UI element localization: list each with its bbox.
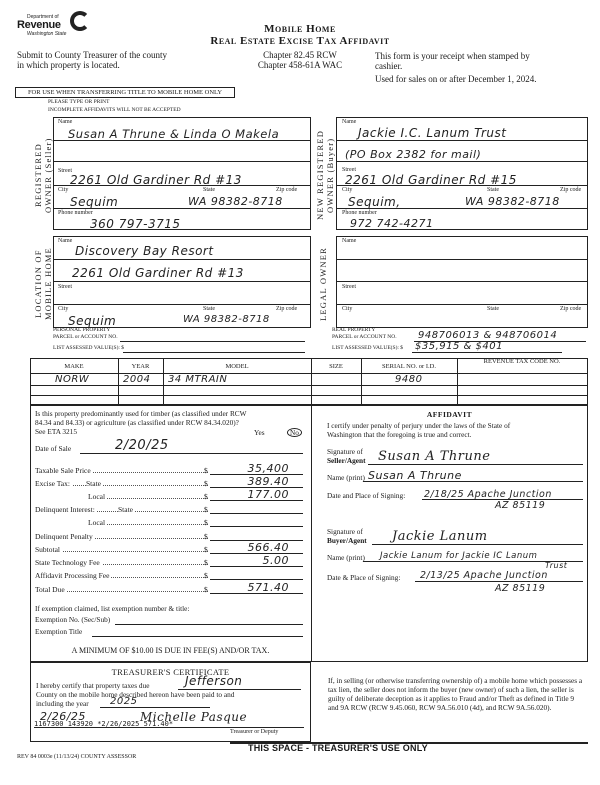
dollar-sign: $	[204, 466, 208, 475]
use-banner-text: FOR USE WHEN TRANSFERRING TITLE TO MOBIL…	[16, 88, 234, 97]
timber-question-2: 84.34 and 84.33) or agriculture (as clas…	[35, 418, 239, 427]
dollar-sign: $	[204, 492, 208, 501]
buyer-state-zip-field[interactable]: WA 98382-8718	[465, 195, 560, 208]
submit-text-2: in which property is located.	[17, 60, 120, 70]
minimum-note: A MINIMUM OF $10.00 IS DUE IN FEE(S) AND…	[30, 646, 311, 655]
fee-label: State Technology Fee	[35, 558, 102, 567]
submit-text-1: Submit to County Treasurer of the county	[17, 50, 167, 60]
exemption-no-label: Exemption No. (Sec/Sub)	[35, 615, 110, 624]
fee-row: Delinquent Penalty$	[33, 530, 303, 541]
exemption-no-field[interactable]	[115, 624, 303, 625]
fee-leader-dots	[63, 485, 208, 486]
fee-label: Excise Tax:	[35, 479, 72, 488]
fee-label: Affidavit Processing Fee	[35, 571, 111, 580]
treasurer-cert-title: TREASURER'S CERTIFICATE	[30, 667, 311, 677]
legal-state-label: State	[487, 306, 499, 312]
timber-question-3: See ETA 3215	[35, 427, 77, 436]
seller-sig-label-1: Signature of	[327, 447, 363, 456]
receipt-text-2: cashier.	[375, 61, 402, 71]
legal-name-label: Name	[342, 238, 356, 244]
treasurer-line-3: including the year	[36, 699, 89, 708]
buyer-print-name-2[interactable]: Trust	[545, 561, 567, 570]
buyer-city-field[interactable]: Sequim,	[348, 195, 401, 209]
seller-state-zip-field[interactable]: WA 98382-8718	[188, 195, 283, 208]
fee-leader-dots	[63, 551, 208, 552]
legal-city-label: City	[342, 306, 352, 312]
seller-side-label-1: REGISTERED	[33, 143, 43, 207]
buyer-print-name[interactable]: Jackie Lanum for Jackie IC Lanum	[380, 551, 537, 561]
location-side-label-1: LOCATION OF	[33, 250, 43, 319]
location-name-line2-field[interactable]: 2261 Old Gardiner Rd #13	[72, 266, 244, 280]
buyer-name-line2-field[interactable]: (PO Box 2382 for mail)	[345, 148, 481, 161]
legal-owner-side-label: LEGAL OWNER	[318, 240, 334, 328]
dor-logo: Department of Revenue Washington State	[17, 14, 87, 40]
receipt-text-1: This form is your receipt when stamped b…	[375, 51, 530, 61]
fee-row: Delinquent Interest:State$	[33, 503, 303, 514]
timber-question-1: Is this property predominantly used for …	[35, 409, 247, 418]
type-print-note: PLEASE TYPE OR PRINT	[48, 99, 109, 105]
location-street-label: Street	[58, 284, 72, 290]
buyer-city-label: City	[342, 187, 352, 193]
fee-sublabel: State	[118, 505, 135, 514]
rp-label-2: PARCEL or ACCOUNT NO.	[332, 334, 397, 340]
seller-state-label: State	[203, 187, 215, 193]
seller-city-field[interactable]: Sequim	[70, 195, 118, 209]
buyer-sig-label-1: Signature of	[327, 527, 363, 536]
exemption-title-field[interactable]	[92, 636, 303, 637]
logo-revenue-text: Revenue	[17, 19, 61, 31]
fee-field-line[interactable]	[210, 526, 303, 527]
timber-no-option[interactable]: No	[287, 428, 302, 437]
fee-label: Delinquent Interest:	[35, 505, 97, 514]
fee-field-line[interactable]	[210, 513, 303, 514]
col-revenue-code: REVENUE TAX CODE NO.	[462, 358, 582, 365]
receipt-text-3: Used for sales on or after December 1, 2…	[375, 74, 536, 84]
cell-make[interactable]: NORW	[55, 374, 89, 385]
incomplete-note: INCOMPLETE AFFIDAVITS WILL NOT BE ACCEPT…	[48, 107, 181, 113]
seller-print-name[interactable]: Susan A Thrune	[368, 469, 462, 482]
use-banner: FOR USE WHEN TRANSFERRING TITLE TO MOBIL…	[15, 87, 235, 98]
location-state-label: State	[203, 306, 215, 312]
rp-parcel-field[interactable]: 948706013 & 948706014	[418, 330, 557, 341]
fee-sublabel: State	[86, 479, 103, 488]
fee-label: Subtotal	[35, 545, 62, 554]
buyer-sig-label-2: Buyer/Agent	[327, 536, 367, 545]
treasurer-line-1: I hereby certify that property taxes due	[36, 681, 149, 690]
fee-value[interactable]: 389.40	[248, 475, 290, 488]
rp-label-1: REAL PROPERTY	[332, 327, 375, 333]
buyer-name-label: Name	[342, 119, 356, 125]
fee-value[interactable]: 177.00	[248, 488, 290, 501]
dollar-sign: $	[204, 585, 208, 594]
form-title-line1: Mobile Home	[200, 23, 400, 35]
affidavit-certify-1: I certify under penalty of perjury under…	[327, 421, 510, 430]
form-footer: REV 84 0003e (11/13/24) COUNTY ASSESSOR	[17, 754, 136, 760]
cell-year[interactable]: 2004	[123, 374, 150, 385]
dollar-sign: $	[204, 545, 208, 554]
col-year: YEAR	[118, 363, 163, 370]
buyer-zip-label: Zip code	[560, 187, 581, 193]
fee-sublabel: Local	[88, 518, 107, 527]
buyer-date-place[interactable]: 2/13/25 Apache Junction	[420, 570, 548, 581]
col-serial: SERIAL NO. or I.D.	[361, 363, 457, 370]
fee-value[interactable]: 35,400	[248, 462, 290, 475]
dollar-sign: $	[204, 505, 208, 514]
fee-value[interactable]: 566.40	[248, 541, 290, 554]
location-assessed-label: LIST ASSESSED VALUE(S): $	[53, 345, 124, 351]
buyer-date-label: Date & Place of Signing:	[327, 573, 400, 582]
treasurer-deputy-label: Treasurer or Deputy	[230, 729, 278, 735]
lien-warning: If, in selling (or otherwise transferrin…	[328, 676, 586, 712]
rp-assessed-field[interactable]: $35,915 & $401	[415, 341, 503, 352]
fee-row: Excise Tax:State$389.40	[33, 477, 303, 488]
seller-date-label: Date and Place of Signing:	[327, 491, 405, 500]
fee-row: State Technology Fee$5.00	[33, 556, 303, 567]
seller-print-label: Name (print)	[327, 473, 365, 482]
fee-field-line[interactable]	[210, 566, 303, 567]
fee-row: Taxable Sale Price$35,400	[33, 464, 303, 475]
dollar-sign: $	[204, 532, 208, 541]
treasurer-year-field[interactable]: 2025	[110, 696, 137, 707]
location-city-field[interactable]: Sequim	[68, 314, 116, 328]
seller-phone-label: Phone number	[58, 210, 93, 216]
seller-sig-label-2: Seller/Agent	[327, 456, 366, 465]
buyer-phone-label: Phone number	[342, 210, 377, 216]
buyer-signature[interactable]: Jackie Lanum	[392, 529, 488, 544]
dollar-sign: $	[204, 571, 208, 580]
fee-label: Total Due	[35, 585, 67, 594]
legal-assessed-label: LIST ASSESSED VALUE(S): $	[332, 345, 403, 351]
chapter-rcw: Chapter 82.45 RCW	[200, 50, 400, 60]
dollar-sign: $	[204, 479, 208, 488]
fee-value[interactable]: 5.00	[263, 554, 290, 567]
fee-sublabel: Local	[88, 492, 107, 501]
seller-signature[interactable]: Susan A Thrune	[378, 449, 490, 464]
fee-row: Subtotal$566.40	[33, 543, 303, 554]
location-side-label: LOCATION OF MOBILE HOME	[33, 238, 55, 330]
timber-yes-option[interactable]: Yes	[254, 428, 265, 437]
exemption-title-label: Exemption Title	[35, 627, 82, 636]
pp-label-1: PERSONAL PROPERTY	[53, 327, 110, 333]
buyer-side-label: NEW REGISTERED OWNER (Buyer)	[315, 120, 337, 230]
seller-side-label: REGISTERED OWNER (Seller)	[33, 120, 55, 230]
buyer-place-2[interactable]: AZ 85119	[495, 583, 545, 594]
buyer-side-label-2: OWNER (Buyer)	[325, 137, 335, 212]
buyer-street-field[interactable]: 2261 Old Gardiner Rd #15	[345, 173, 517, 187]
logo-state-text: Washington State	[27, 31, 66, 37]
fee-value[interactable]: 571.40	[248, 581, 290, 594]
seller-phone-field[interactable]: 360 797-3715	[90, 217, 181, 231]
location-city-label: City	[58, 306, 68, 312]
location-name-field[interactable]: Discovery Bay Resort	[75, 244, 214, 258]
buyer-phone-field[interactable]: 972 742-4271	[350, 217, 433, 230]
cell-serial[interactable]: 9480	[395, 374, 422, 385]
buyer-state-label: State	[487, 187, 499, 193]
pp-label-2: PARCEL or ACCOUNT NO.	[53, 334, 118, 340]
location-state-zip-field[interactable]: WA 98382-8718	[183, 314, 270, 325]
legal-owner-box	[336, 236, 588, 328]
treasurer-use-banner: THIS SPACE - TREASURER'S USE ONLY	[248, 743, 428, 753]
seller-date-place[interactable]: 2/18/25 Apache Junction	[424, 489, 552, 500]
cell-model[interactable]: 34 MTRAIN	[168, 374, 227, 385]
col-make: MAKE	[30, 363, 118, 370]
receipt-stamp: 1167300 143920 *2/26/2025 571.40*	[34, 720, 173, 728]
fee-row: Total Due$571.40	[33, 583, 303, 594]
seller-zip-label: Zip code	[276, 187, 297, 193]
buyer-print-label: Name (print)	[327, 553, 365, 562]
location-zip-label: Zip code	[276, 306, 297, 312]
date-of-sale-label: Date of Sale	[35, 444, 71, 453]
fee-row: Affidavit Processing Fee$	[33, 569, 303, 580]
col-size: SIZE	[311, 363, 361, 370]
treasurer-county-field[interactable]: Jefferson	[185, 674, 242, 688]
dor-logo-icon	[70, 11, 90, 31]
seller-name-field[interactable]: Susan A Thrune & Linda O Makela	[68, 127, 279, 141]
fee-row: Local$	[33, 516, 303, 527]
fee-field-line[interactable]	[210, 579, 303, 580]
location-name-label: Name	[58, 238, 72, 244]
fee-label: Taxable Sale Price	[35, 466, 93, 475]
affidavit-title: AFFIDAVIT	[311, 410, 588, 419]
location-side-label-2: MOBILE HOME	[43, 248, 53, 321]
fee-leader-dots	[93, 524, 208, 525]
date-of-sale-field[interactable]: 2/20/25	[115, 438, 169, 453]
dollar-sign: $	[204, 518, 208, 527]
seller-name-label: Name	[58, 119, 72, 125]
legal-zip-label: Zip code	[560, 306, 581, 312]
buyer-side-label-1: NEW REGISTERED	[315, 130, 325, 220]
fee-label: Delinquent Penalty	[35, 532, 95, 541]
affidavit-certify-2: Washington that the foregoing is true an…	[327, 430, 472, 439]
legal-street-label: Street	[342, 284, 356, 290]
seller-place-2[interactable]: AZ 85119	[495, 500, 545, 511]
fee-leader-dots	[93, 498, 208, 499]
col-model: MODEL	[163, 363, 311, 370]
form-title-line2: Real Estate Excise Tax Affidavit	[160, 35, 440, 47]
buyer-name-field[interactable]: Jackie I.C. Lanum Trust	[358, 126, 506, 140]
fee-leader-dots	[63, 591, 208, 592]
seller-city-label: City	[58, 187, 68, 193]
seller-street-field[interactable]: 2261 Old Gardiner Rd #13	[70, 173, 242, 187]
seller-side-label-2: OWNER (Seller)	[43, 137, 53, 213]
dollar-sign: $	[204, 558, 208, 567]
exemption-intro: If exemption claimed, list exemption num…	[35, 604, 189, 613]
fee-row: Local$177.00	[33, 490, 303, 501]
chapter-wac: Chapter 458-61A WAC	[200, 60, 400, 70]
